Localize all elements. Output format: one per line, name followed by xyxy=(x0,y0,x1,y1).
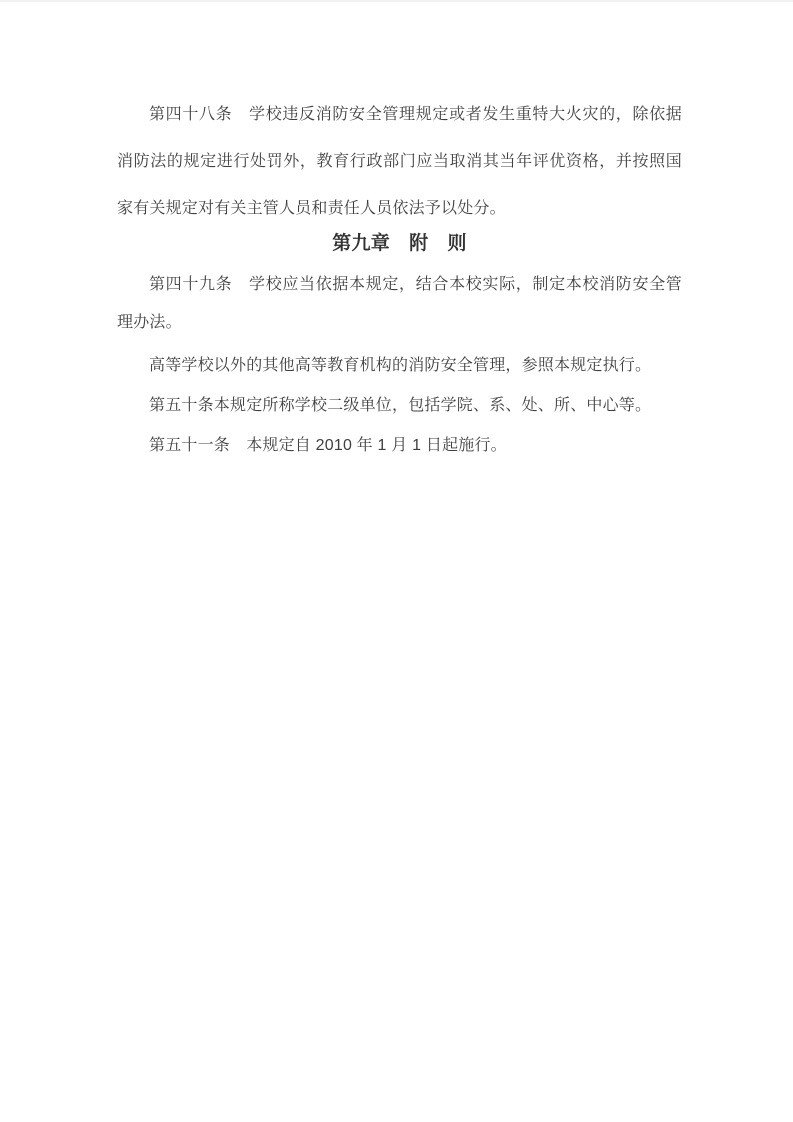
document-text-block: 第四十八条 学校违反消防安全管理规定或者发生重特大火灾的，除依据消防法的规定进行… xyxy=(117,2,682,466)
chapter-heading: 第九章 附 则 xyxy=(117,232,682,255)
document-page: 第四十八条 学校违反消防安全管理规定或者发生重特大火灾的，除依据消防法的规定进行… xyxy=(0,0,793,1122)
paragraph-article-48: 第四十八条 学校违反消防安全管理规定或者发生重特大火灾的，除依据消防法的规定进行… xyxy=(117,91,682,232)
paragraph-article-50: 第五十条本规定所称学校二级单位，包括学院、系、处、所、中心等。 xyxy=(117,386,682,426)
paragraph-article-51: 第五十一条 本规定自 2010 年 1 月 1 日起施行。 xyxy=(117,426,682,466)
paragraph-article-49-supplement: 高等学校以外的其他高等教育机构的消防安全管理，参照本规定执行。 xyxy=(117,346,682,386)
paragraph-article-49: 第四十九条 学校应当依据本规定，结合本校实际，制定本校消防安全管理办法。 xyxy=(117,266,682,342)
